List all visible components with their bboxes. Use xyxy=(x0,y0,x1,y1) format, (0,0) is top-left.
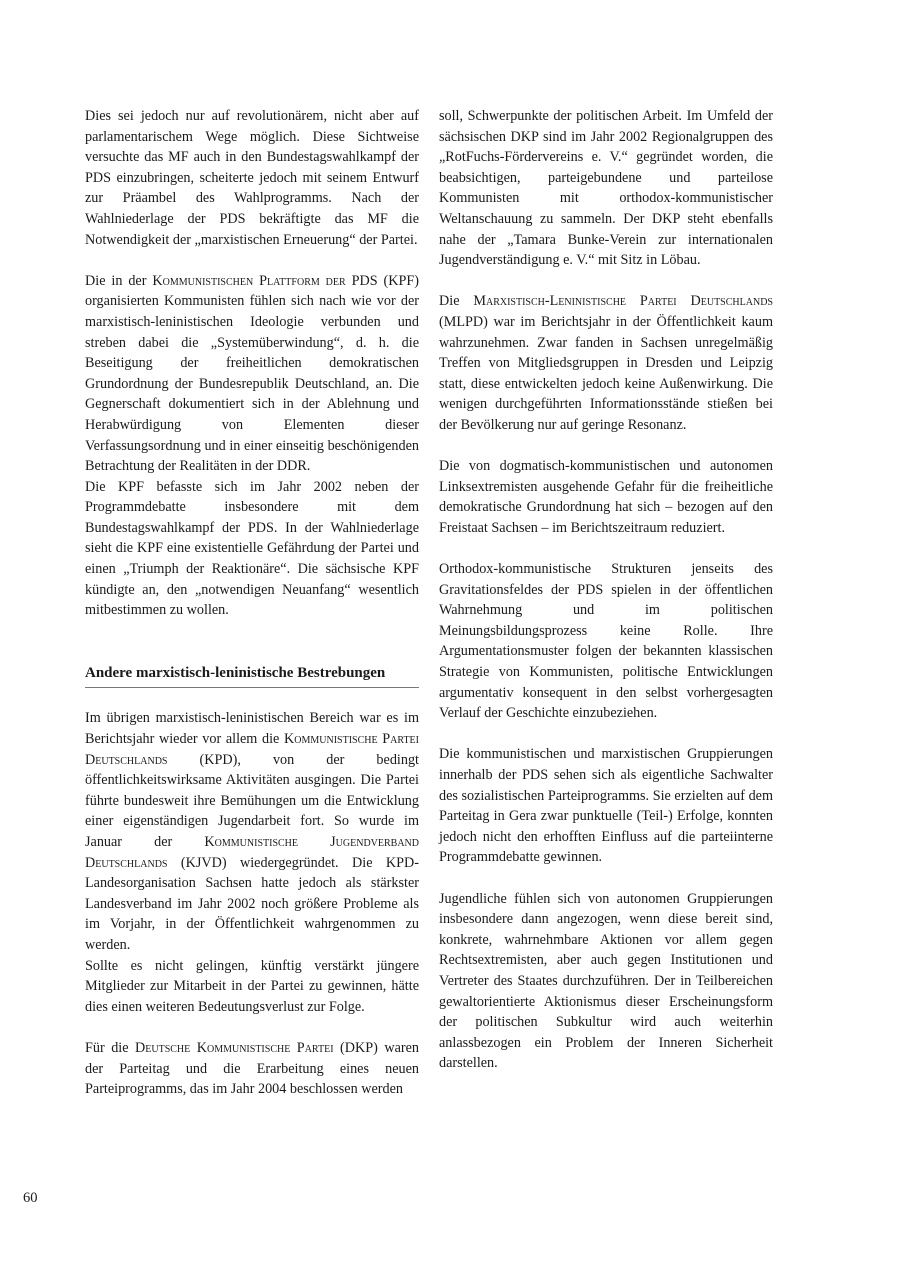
paragraph-kpf-intro: Die in der Kommunistischen Plattform der… xyxy=(85,271,419,477)
paragraph-mf-revolution: Dies sei jedoch nur auf revolutionärem, … xyxy=(85,106,419,250)
paragraph-threat-assessment: Die von dogmatisch-kommunistischen und a… xyxy=(439,456,773,538)
org-name-dkp: Deutsche Kommunistische Partei xyxy=(135,1040,334,1056)
paragraph-mlpd: Die Marxistisch-Leninistische Partei Deu… xyxy=(439,291,773,435)
paragraph-kpf-2002: Die KPF befasste sich im Jahr 2002 neben… xyxy=(85,477,419,621)
paragraph-kpd: Im übrigen marxistisch-leninistischen Be… xyxy=(85,708,419,955)
paragraph-kpd-outlook: Sollte es nicht gelingen, künftig verstä… xyxy=(85,956,419,1018)
paragraph-dkp-continued: soll, Schwerpunkte der politischen Arbei… xyxy=(439,106,773,271)
page-number: 60 xyxy=(23,1190,38,1207)
paragraph-dkp: Für die Deutsche Kommunistische Partei (… xyxy=(85,1038,419,1100)
paragraph-youth-autonomous: Jugendliche fühlen sich von autonomen Gr… xyxy=(439,889,773,1074)
right-column: soll, Schwerpunkte der politischen Arbei… xyxy=(439,106,773,1074)
org-name-kpf: Kommunistischen Plattform der xyxy=(152,273,345,289)
section-heading: Andere marxistisch-leninistische Bestreb… xyxy=(85,663,419,688)
org-name-mlpd: Marxistisch-Leninistische Partei Deutsch… xyxy=(473,293,773,309)
paragraph-orthodox-structures: Orthodox-kommunistische Strukturen jense… xyxy=(439,559,773,724)
left-column: Dies sei jedoch nur auf revolutionärem, … xyxy=(85,106,419,1100)
paragraph-pds-groupings: Die kommunistischen und marxistischen Gr… xyxy=(439,744,773,868)
